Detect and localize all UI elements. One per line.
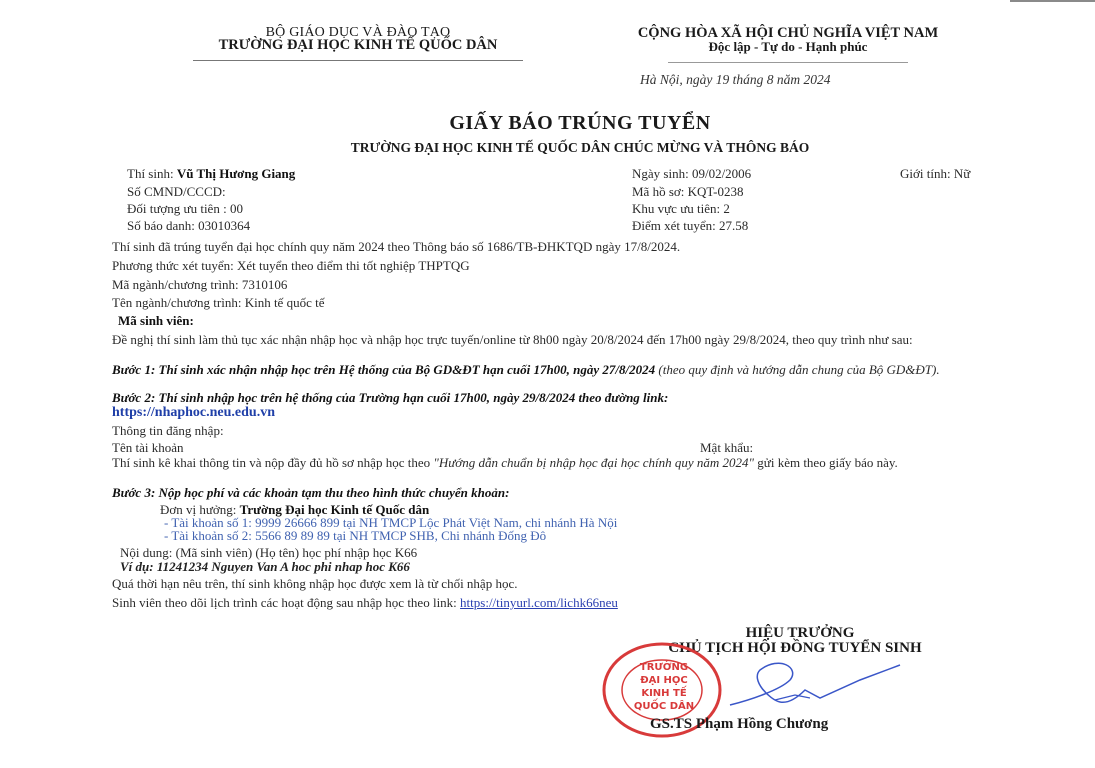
priority-label: Đối tượng ưu tiên : [127, 201, 230, 216]
region-label: Khu vực ưu tiên: [632, 201, 723, 216]
admission-notice: Thí sinh đã trúng tuyển đại học chính qu… [112, 238, 680, 256]
region-row: Khu vực ưu tiên: 2 [632, 200, 730, 218]
score-label: Điểm xét tuyển: [632, 218, 719, 233]
exam-number-label: Số báo danh: [127, 218, 198, 233]
candidate-name: Vũ Thị Hương Giang [177, 166, 295, 181]
guide-title: "Hướng dẫn chuẩn bị nhập học đại học chí… [433, 455, 754, 470]
dob-value: 09/02/2006 [692, 166, 751, 181]
principal-title: HIỆU TRƯỞNG [590, 626, 1000, 641]
stamp-line-1: TRƯỜNG [640, 660, 688, 673]
profile-code-row: Mã hồ sơ: KQT-0238 [632, 183, 743, 201]
dob-label: Ngày sinh: [632, 166, 692, 181]
step-1: Bước 1: Thí sinh xác nhận nhập học trên … [112, 362, 1052, 377]
score-value: 27.58 [719, 218, 748, 233]
university-name: TRƯỜNG ĐẠI HỌC KINH TẾ QUỐC DÂN [148, 39, 568, 52]
exam-number-value: 03010364 [198, 218, 250, 233]
transfer-example: Ví dụ: 11241234 Nguyen Van A hoc phi nha… [120, 558, 410, 576]
handwritten-signature [720, 650, 920, 720]
schedule-row: Sinh viên theo dõi lịch trình các hoạt đ… [112, 594, 618, 612]
stamp-line-2: ĐẠI HỌC [640, 675, 688, 686]
national-title: CỘNG HÒA XÃ HỘI CHỦ NGHĨA VIỆT NAM [568, 26, 1008, 40]
profile-code-value: KQT-0238 [688, 184, 744, 199]
deadline-note: Quá thời hạn nêu trên, thí sinh không nh… [112, 575, 517, 593]
header-divider [193, 60, 523, 61]
declaration-start: Thí sinh kê khai thông tin và nộp đầy đủ… [112, 455, 433, 470]
student-id-label: Mã sinh viên: [118, 312, 194, 330]
schedule-link[interactable]: https://tinyurl.com/lichk66neu [460, 595, 618, 610]
document-title: GIẤY BÁO TRÚNG TUYỂN [0, 112, 1095, 135]
signer-name: GS.TS Phạm Hồng Chương [650, 716, 828, 733]
step-3-heading: Bước 3: Nộp học phí và các khoản tạm thu… [112, 484, 509, 502]
stamp-line-3: KINH TẾ [641, 684, 687, 699]
document-subtitle: TRƯỜNG ĐẠI HỌC KINH TẾ QUỐC DÂN CHÚC MỪN… [0, 140, 1095, 156]
schedule-text: Sinh viên theo dõi lịch trình các hoạt đ… [112, 595, 460, 610]
priority-row: Đối tượng ưu tiên : 00 [127, 200, 243, 218]
enrollment-link[interactable]: https://nhaphoc.neu.edu.vn [112, 404, 275, 422]
candidate-name-label: Thí sinh: [127, 166, 177, 181]
stamp-line-4: QUỐC DÂN [634, 697, 694, 712]
step-1-heading: Bước 1: Thí sinh xác nhận nhập học trên … [112, 362, 655, 377]
major-code: Mã ngành/chương trình: 7310106 [112, 276, 287, 294]
ministry-header: BỘ GIÁO DỤC VÀ ĐÀO TẠO TRƯỜNG ĐẠI HỌC KI… [148, 26, 568, 61]
login-info-label: Thông tin đăng nhập: [112, 422, 224, 440]
id-card-label: Số CMND/CCCD: [127, 184, 226, 199]
bank-account-2: - Tài khoản số 2: 5566 89 89 89 tại NH T… [164, 527, 546, 545]
declaration-end: gửi kèm theo giấy báo này. [754, 455, 898, 470]
issue-date: Hà Nội, ngày 19 tháng 8 năm 2024 [640, 72, 831, 88]
candidate-name-row: Thí sinh: Vũ Thị Hương Giang [127, 165, 295, 183]
motto-divider [668, 62, 908, 63]
profile-code-label: Mã hồ sơ: [632, 184, 688, 199]
priority-value: 00 [230, 201, 243, 216]
region-value: 2 [723, 201, 730, 216]
major-name: Tên ngành/chương trình: Kinh tế quốc tế [112, 294, 324, 312]
gender-label: Giới tính: [900, 166, 954, 181]
score-row: Điểm xét tuyển: 27.58 [632, 217, 748, 235]
dob-row: Ngày sinh: 09/02/2006 [632, 165, 751, 183]
admission-method: Phương thức xét tuyển: Xét tuyển theo đi… [112, 257, 470, 275]
gender-value: Nữ [954, 166, 970, 181]
enrollment-request: Đề nghị thí sinh làm thủ tục xác nhận nh… [112, 332, 1052, 347]
national-motto: Độc lập - Tự do - Hạnh phúc [568, 40, 1008, 54]
top-edge-bar [1010, 0, 1095, 2]
id-card-row: Số CMND/CCCD: [127, 183, 226, 201]
exam-number-row: Số báo danh: 03010364 [127, 217, 250, 235]
step-1-note: (theo quy định và hướng dẫn chung của Bộ… [655, 362, 939, 377]
gender-row: Giới tính: Nữ [900, 165, 970, 183]
national-header: CỘNG HÒA XÃ HỘI CHỦ NGHĨA VIỆT NAM Độc l… [568, 26, 1008, 63]
declaration-text: Thí sinh kê khai thông tin và nộp đầy đủ… [112, 455, 1052, 470]
